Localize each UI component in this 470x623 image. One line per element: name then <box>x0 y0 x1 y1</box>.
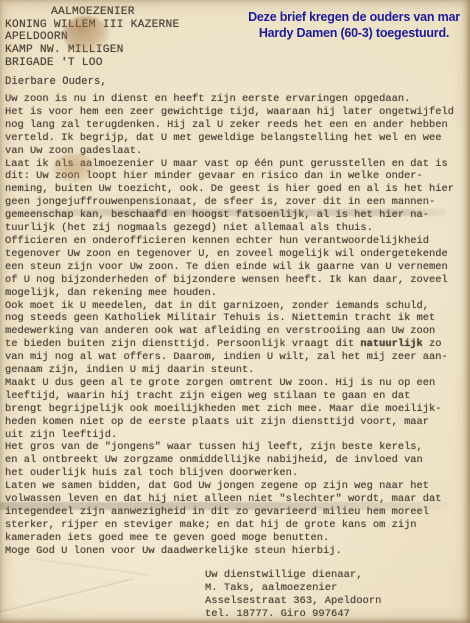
scanned-letter: AALMOEZENIERKONING WILLEM III KAZERNEAPE… <box>0 0 470 623</box>
body-line: medewerking van anderen ook wat afleidin… <box>5 325 467 338</box>
body-line: Ook moet ik U meedelen, dat in dit garni… <box>5 300 467 313</box>
body-line: te bieden buiten zijn diensttijd. Persoo… <box>5 338 467 351</box>
body-line: Het is voor hem een zeer gewichtige tijd… <box>5 106 467 119</box>
body-line: tuurlijk (het zij nogmaals gezegd) niet … <box>5 222 467 235</box>
body-line: neming, buiten Uw toezicht, ook. De gees… <box>5 183 467 196</box>
coffee-stain-middle <box>52 153 96 183</box>
body-line: geen jongejuffrouwenpensionaat, de sfeer… <box>5 196 467 209</box>
body-line: kameraden iets goed mee te geven goed mo… <box>5 532 467 545</box>
body-line: of U nog bijzonderheden of bijzondere we… <box>5 274 467 287</box>
body-line: mogelijk, dan rekening mee houden. <box>5 287 467 300</box>
coffee-stain-top <box>63 16 109 53</box>
body-line: genaam zijn, indien U mij daarin steunt. <box>5 364 467 377</box>
scan-edge-shadow-right <box>461 0 470 623</box>
signature-block: Uw dienstwillige dienaar,M. Taks, aalmoe… <box>205 569 381 621</box>
salutation: Dierbare Ouders, <box>5 76 107 89</box>
body-line: en al ontbreekt Uw zorgzame onmiddellijk… <box>5 454 467 467</box>
signature-line: Asselsestraat 363, Apeldoorn <box>205 595 381 608</box>
body-line: Uw zoon is nu in dienst en heeft zijn ee… <box>5 93 467 106</box>
body-line: nog steeds geen Katholiek Militair Tehui… <box>5 312 467 325</box>
body-line: Moge God U lonen voor Uw daadwerkelijke … <box>5 545 467 558</box>
signature-line: Uw dienstwillige dienaar, <box>205 569 381 582</box>
paper-crease <box>30 558 149 577</box>
body-line: Het gros van de "jongens" waar tussen hi… <box>5 441 467 454</box>
scan-edge-shadow-bottom <box>0 617 470 623</box>
paper-crease <box>0 578 134 616</box>
body-line: van mij nog al wat offers. Daarom, indie… <box>5 351 467 364</box>
body-line: leeftijd, waarin hij tracht zijn eigen w… <box>5 390 467 403</box>
body-line: het ouderlijk huis zal toch blijven door… <box>5 467 467 480</box>
body-line: brengt begrijpelijk ook moeilijkheden me… <box>5 403 467 416</box>
annotation-line-2: Hardy Damen (60-3) toegestuurd. <box>240 25 468 41</box>
body-line: Laten we samen bidden, dat God Uw jongen… <box>5 480 467 493</box>
ink-smudge-lower <box>0 502 452 510</box>
body-line: sterker, rijper en steviger make; en dat… <box>5 519 467 532</box>
body-line: tegenover Uw zoon en tegenover U, en zov… <box>5 248 467 261</box>
body-line: Maakt U dus geen al te grote zorgen omtr… <box>5 377 467 390</box>
signature-line: M. Taks, aalmoezenier <box>205 582 381 595</box>
body-line: verteld. Ik begrijp, dat U met geweldige… <box>5 132 467 145</box>
body-line: heden komen niet op de eerste plaats uit… <box>5 416 467 429</box>
body-line: Officieren en onderofficieren kennen ech… <box>5 235 467 248</box>
body-line: nog lang zal terugdenken. Hij zal U zeke… <box>5 119 467 132</box>
letterhead-line: BRIGADE 'T LOO <box>5 57 179 70</box>
body-line: uit zijn leeftijd. <box>5 429 467 442</box>
ink-smudge-upper <box>6 209 446 216</box>
annotation-caption: Deze brief kregen de ouders van mar Hard… <box>240 9 468 41</box>
annotation-line-1: Deze brief kregen de ouders van mar <box>240 9 468 25</box>
body-line: een steun zijn voor Uw zoon. Te dien ein… <box>5 261 467 274</box>
